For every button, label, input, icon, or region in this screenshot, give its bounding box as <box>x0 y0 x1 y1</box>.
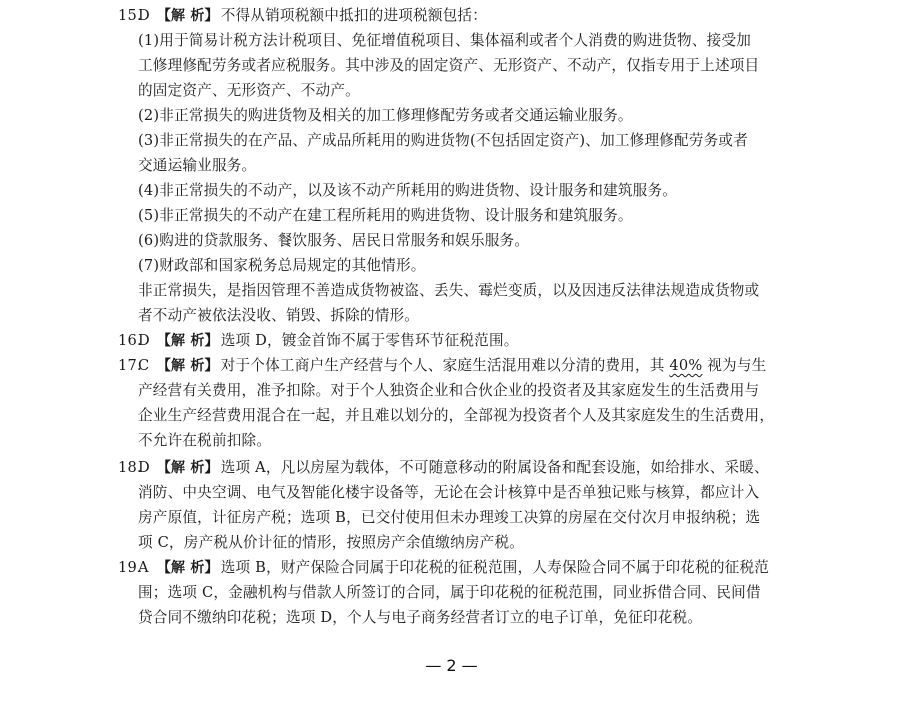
item-15-line: 非正常损失，是指因管理不善造成货物被盗、丢失、霉烂变质，以及因违反法律法规造成货… <box>138 278 788 303</box>
item-18-line: 消防、中央空调、电气及智能化楼宇设备等，无论在会计核算中是否单独记账与核算，都应… <box>138 480 788 505</box>
item-text: 视为与生 <box>702 357 766 374</box>
item-15-header: 15.D 【解 析】不得从销项税额中抵扣的进项税额包括： <box>118 3 788 28</box>
item-17-line: 企业生产经营费用混合在一起，并且难以划分的，全部视为投资者个人及其家庭发生的生活… <box>138 403 788 428</box>
emphasis-percentage: 40% <box>669 357 702 374</box>
item-17-header: 17.C 【解 析】对于个体工商户生产经营与个人、家庭生活混用难以分清的费用，其… <box>118 353 788 378</box>
item-text: 选项 D，镀金首饰不属于零售环节征税范围。 <box>221 332 519 349</box>
item-number: 16. <box>118 328 138 353</box>
item-15-line: (1)用于简易计税方法计税项目、免征增值税项目、集体福利或者个人消费的购进货物、… <box>138 28 788 53</box>
item-15-line: (2)非正常损失的购进货物及相关的加工修理修配劳务或者交通运输业服务。 <box>138 103 788 128</box>
item-answer: C <box>138 353 152 378</box>
analysis-tag: 【解 析】 <box>157 460 219 476</box>
item-answer: D <box>138 328 152 353</box>
item-15-line: 的固定资产、无形资产、不动产。 <box>138 78 788 103</box>
analysis-tag: 【解 析】 <box>157 560 219 576</box>
item-answer: D <box>138 455 152 480</box>
analysis-tag: 【解 析】 <box>157 333 219 349</box>
item-15-line: (7)财政部和国家税务总局规定的其他情形。 <box>138 253 788 278</box>
item-19-line: 围；选项 C，金融机构与借款人所签订的合同，属于印花税的征税范围，同业拆借合同、… <box>138 580 788 605</box>
analysis-tag: 【解 析】 <box>157 8 219 24</box>
item-15-line: (3)非正常损失的在产品、产成品所耗用的购进货物(不包括固定资产)、加工修理修配… <box>138 128 788 153</box>
item-18-header: 18.D 【解 析】选项 A，凡以房屋为载体，不可随意移动的附属设备和配套设施，… <box>118 455 788 480</box>
item-15-line: 者不动产被依法没收、销毁、拆除的情形。 <box>138 303 788 328</box>
item-number: 15. <box>118 3 138 28</box>
item-19-header: 19.A 【解 析】选项 B，财产保险合同属于印花税的征税范围，人寿保险合同不属… <box>118 555 788 580</box>
item-15-line: 工修理修配劳务或者应税服务。其中涉及的固定资产、无形资产、不动产，仅指专用于上述… <box>138 53 788 78</box>
item-19-line: 贷合同不缴纳印花税；选项 D，个人与电子商务经营者订立的电子订单，免征印花税。 <box>138 605 788 630</box>
item-number: 19. <box>118 555 138 580</box>
item-18-line: 房产原值，计征房产税；选项 B，已交付使用但未办理竣工决算的房屋在交付次月申报纳… <box>138 505 788 530</box>
item-15-line: 交通运输业服务。 <box>138 153 788 178</box>
item-text: 选项 A，凡以房屋为载体，不可随意移动的附属设备和配套设施，如给排水、采暖、 <box>221 459 769 476</box>
item-15-line: (4)非正常损失的不动产，以及该不动产所耗用的购进货物、设计服务和建筑服务。 <box>138 178 788 203</box>
item-answer: D <box>138 3 152 28</box>
item-15-line: (5)非正常损失的不动产在建工程所耗用的购进货物、设计服务和建筑服务。 <box>138 203 788 228</box>
item-17-line: 不允许在税前扣除。 <box>138 428 788 453</box>
item-number: 17. <box>118 353 138 378</box>
analysis-tag: 【解 析】 <box>157 358 219 374</box>
item-17-line: 产经营有关费用，准予扣除。对于个人独资企业和合伙企业的投资者及其家庭发生的生活费… <box>138 378 788 403</box>
page-number: — 2 — <box>0 656 903 676</box>
item-text: 选项 B，财产保险合同属于印花税的征税范围，人寿保险合同不属于印花税的征税范 <box>221 559 769 576</box>
item-number: 18. <box>118 455 138 480</box>
item-answer: A <box>138 555 152 580</box>
item-16-header: 16.D 【解 析】选项 D，镀金首饰不属于零售环节征税范围。 <box>118 328 788 353</box>
document-page: 15.D 【解 析】不得从销项税额中抵扣的进项税额包括： (1)用于简易计税方法… <box>0 0 903 728</box>
item-18-line: 项 C，房产税从价计征的情形，按照房产余值缴纳房产税。 <box>138 530 788 555</box>
item-15-line: (6)购进的贷款服务、餐饮服务、居民日常服务和娱乐服务。 <box>138 228 788 253</box>
item-text: 对于个体工商户生产经营与个人、家庭生活混用难以分清的费用，其 <box>221 357 670 374</box>
item-text: 不得从销项税额中抵扣的进项税额包括： <box>221 7 487 24</box>
